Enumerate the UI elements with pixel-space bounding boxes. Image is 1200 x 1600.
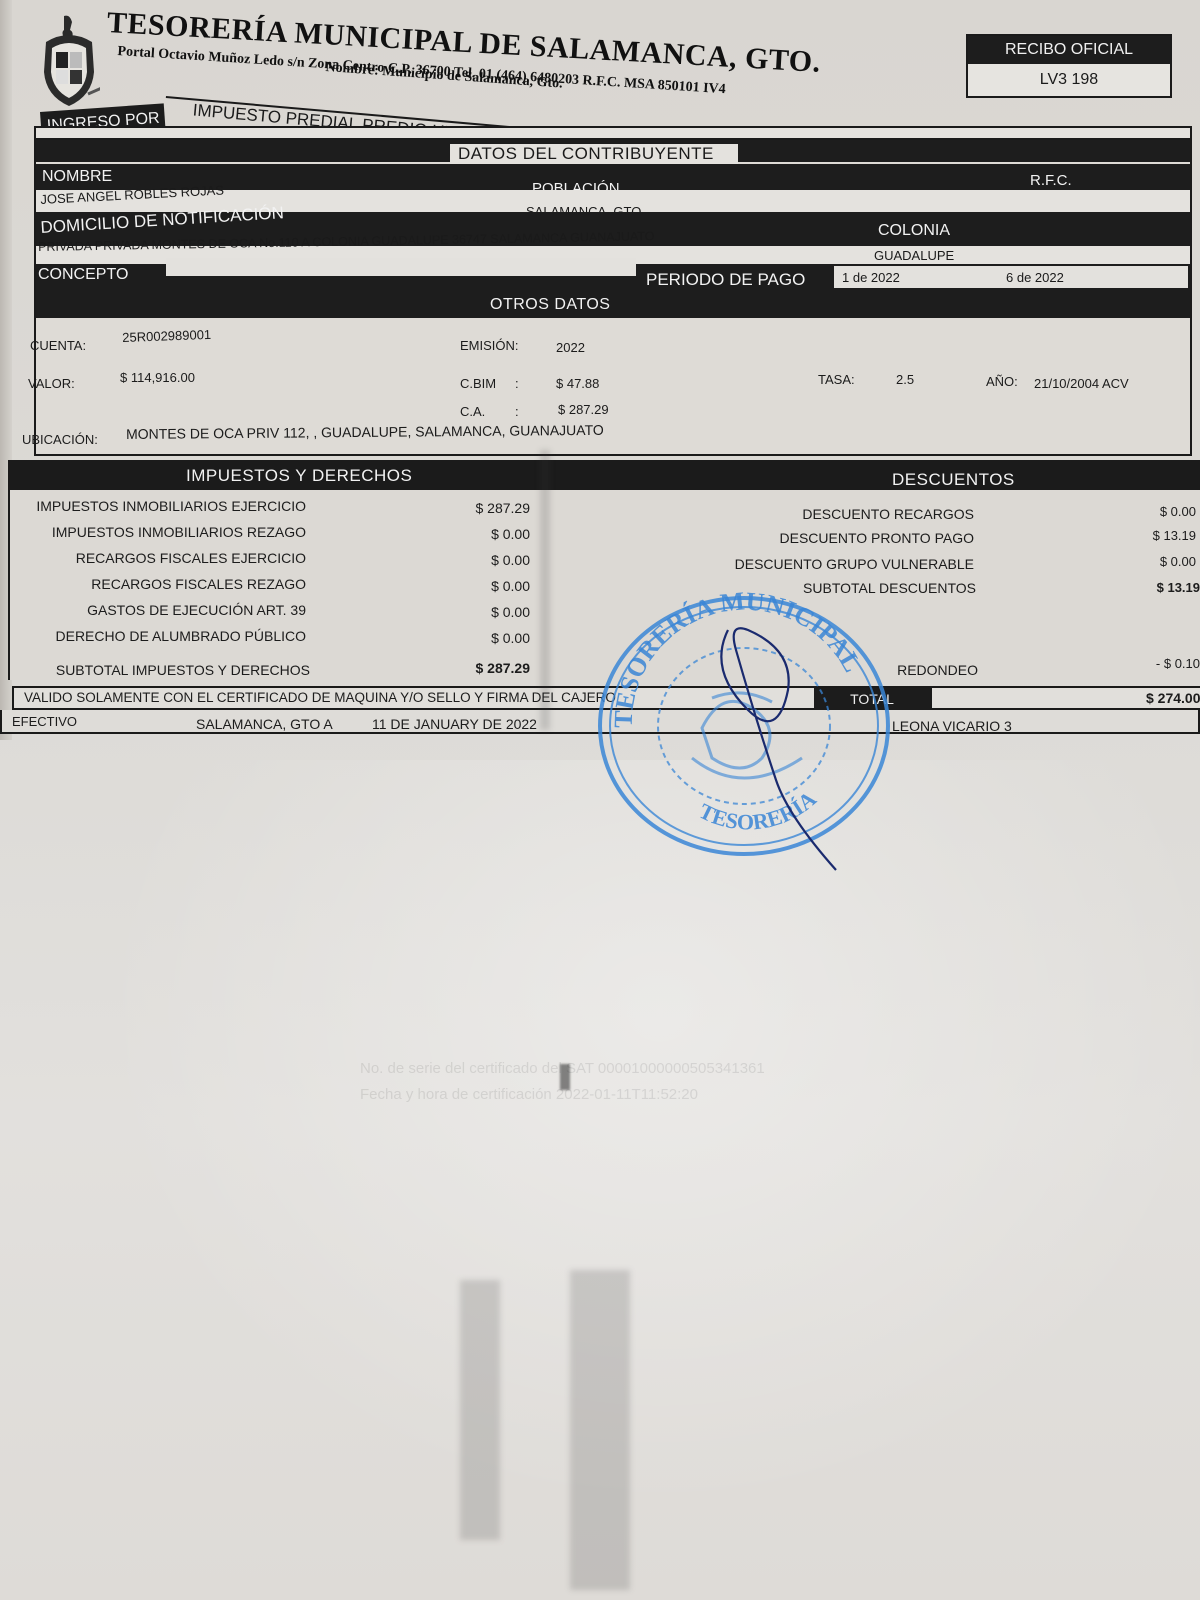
- validity-text: VALIDO SOLAMENTE CON EL CERTIFICADO DE M…: [24, 690, 616, 705]
- concepto-field: [166, 258, 636, 276]
- taxpayer-data-section: DATOS DEL CONTRIBUYENTE NOMBRE POBLACIÓN…: [34, 126, 1192, 456]
- total-value: $ 274.00: [1146, 690, 1200, 706]
- taxpayer-section-title: DATOS DEL CONTRIBUYENTE: [450, 144, 738, 164]
- cbim-value: $ 47.88: [556, 376, 599, 391]
- payment-method: EFECTIVO: [12, 714, 77, 729]
- band-strip: [36, 128, 1190, 140]
- stamp-bottom-text: TESORERÍA: [695, 786, 821, 835]
- impuesto-row-value: $ 0.00: [450, 604, 530, 620]
- official-receipt-label: RECIBO OFICIAL: [968, 36, 1170, 64]
- valor-value: $ 114,916.00: [120, 370, 195, 385]
- descuento-row-value: $ 13.19: [1116, 528, 1196, 543]
- payment-date: 11 DE JANUARY DE 2022: [372, 716, 537, 732]
- impuesto-row-value: $ 0.00: [450, 526, 530, 542]
- descuento-row-label: DESCUENTO RECARGOS: [644, 506, 974, 522]
- periodo-label: PERIODO DE PAGO: [646, 270, 805, 290]
- impuestos-subtotal-label: SUBTOTAL IMPUESTOS Y DERECHOS: [14, 662, 310, 678]
- impuesto-row-label: DERECHO DE ALUMBRADO PÚBLICO: [10, 628, 306, 644]
- cbim-label: C.BIM: [460, 376, 496, 391]
- cuenta-label: CUENTA:: [30, 338, 86, 353]
- total-label: TOTAL: [814, 688, 930, 710]
- impuesto-row-label: GASTOS DE EJECUCIÓN ART. 39: [10, 602, 306, 618]
- otros-datos-title: OTROS DATOS: [490, 296, 610, 314]
- ink-smudge: [560, 1064, 570, 1090]
- anio-value: 21/10/2004 ACV: [1034, 376, 1129, 391]
- tasa-value: 2.5: [896, 372, 914, 387]
- reverse-bleed-line-2: Fecha y hora de certificación 2022-01-11…: [360, 1086, 698, 1103]
- ca-label: C.A.: [460, 404, 485, 419]
- impuesto-row-value: $ 0.00: [450, 578, 530, 594]
- payment-row: [0, 710, 1200, 734]
- total-divider: [930, 686, 932, 710]
- valor-label: VALOR:: [28, 376, 75, 391]
- impuesto-row-label: IMPUESTOS INMOBILIARIOS EJERCICIO: [10, 498, 306, 514]
- reverse-smudge-left: [460, 1280, 500, 1540]
- impuesto-row-value: $ 0.00: [450, 552, 530, 568]
- impuesto-row-value: $ 287.29: [450, 500, 530, 516]
- nombre-label: NOMBRE: [42, 168, 112, 186]
- ca-colon: :: [515, 404, 519, 419]
- ca-value: $ 287.29: [558, 402, 609, 417]
- impuesto-row-label: IMPUESTOS INMOBILIARIOS REZAGO: [10, 524, 306, 540]
- impuesto-row-label: RECARGOS FISCALES REZAGO: [10, 576, 306, 592]
- impuesto-row-value: $ 0.00: [450, 630, 530, 646]
- periodo-desde: 1 de 2022: [842, 270, 900, 285]
- impuesto-row-label: RECARGOS FISCALES EJERCICIO: [10, 550, 306, 566]
- tasa-label: TASA:: [818, 372, 855, 387]
- impuestos-title: IMPUESTOS Y DERECHOS: [186, 466, 412, 486]
- anio-label: AÑO:: [986, 374, 1018, 389]
- redondeo-value: - $ 0.10: [1120, 656, 1200, 671]
- colonia-label: COLONIA: [878, 222, 950, 240]
- descuentos-subtotal-label: SUBTOTAL DESCUENTOS: [646, 580, 976, 596]
- descuento-row-label: DESCUENTO GRUPO VULNERABLE: [644, 556, 974, 572]
- reverse-smudge-right: [570, 1270, 630, 1590]
- descuentos-subtotal-value: $ 13.19: [1120, 580, 1200, 595]
- otros-datos-band: [36, 290, 1190, 318]
- concepto-label: CONCEPTO: [38, 266, 128, 284]
- cuenta-value: 25R002989001: [122, 327, 211, 345]
- redondeo-label: REDONDEO: [648, 662, 978, 678]
- cbim-colon: :: [515, 376, 519, 391]
- descuento-row-label: DESCUENTO PRONTO PAGO: [644, 530, 974, 546]
- emision-value: 2022: [556, 340, 585, 355]
- colonia-value: GUADALUPE: [874, 248, 954, 263]
- descuento-row-value: $ 0.00: [1116, 504, 1196, 519]
- periodo-hasta: 6 de 2022: [1006, 270, 1064, 285]
- rfc-label: R.F.C.: [1030, 172, 1072, 189]
- emision-label: EMISIÓN:: [460, 338, 519, 353]
- descuentos-title: DESCUENTOS: [892, 470, 1015, 490]
- cashier-name: LEONA VICARIO 3: [892, 718, 1012, 734]
- municipal-crest-icon: [38, 14, 100, 112]
- fold-crease: [540, 450, 550, 730]
- svg-text:TESORERÍA: TESORERÍA: [695, 786, 821, 835]
- impuestos-subtotal-value: $ 287.29: [450, 660, 530, 676]
- descuento-row-value: $ 0.00: [1116, 554, 1196, 569]
- ubicacion-label: UBICACIÓN:: [22, 432, 98, 447]
- payment-place: SALAMANCA, GTO A: [196, 716, 333, 732]
- official-receipt-box: RECIBO OFICIAL LV3 198: [966, 34, 1172, 98]
- official-receipt-number: LV3 198: [968, 64, 1170, 96]
